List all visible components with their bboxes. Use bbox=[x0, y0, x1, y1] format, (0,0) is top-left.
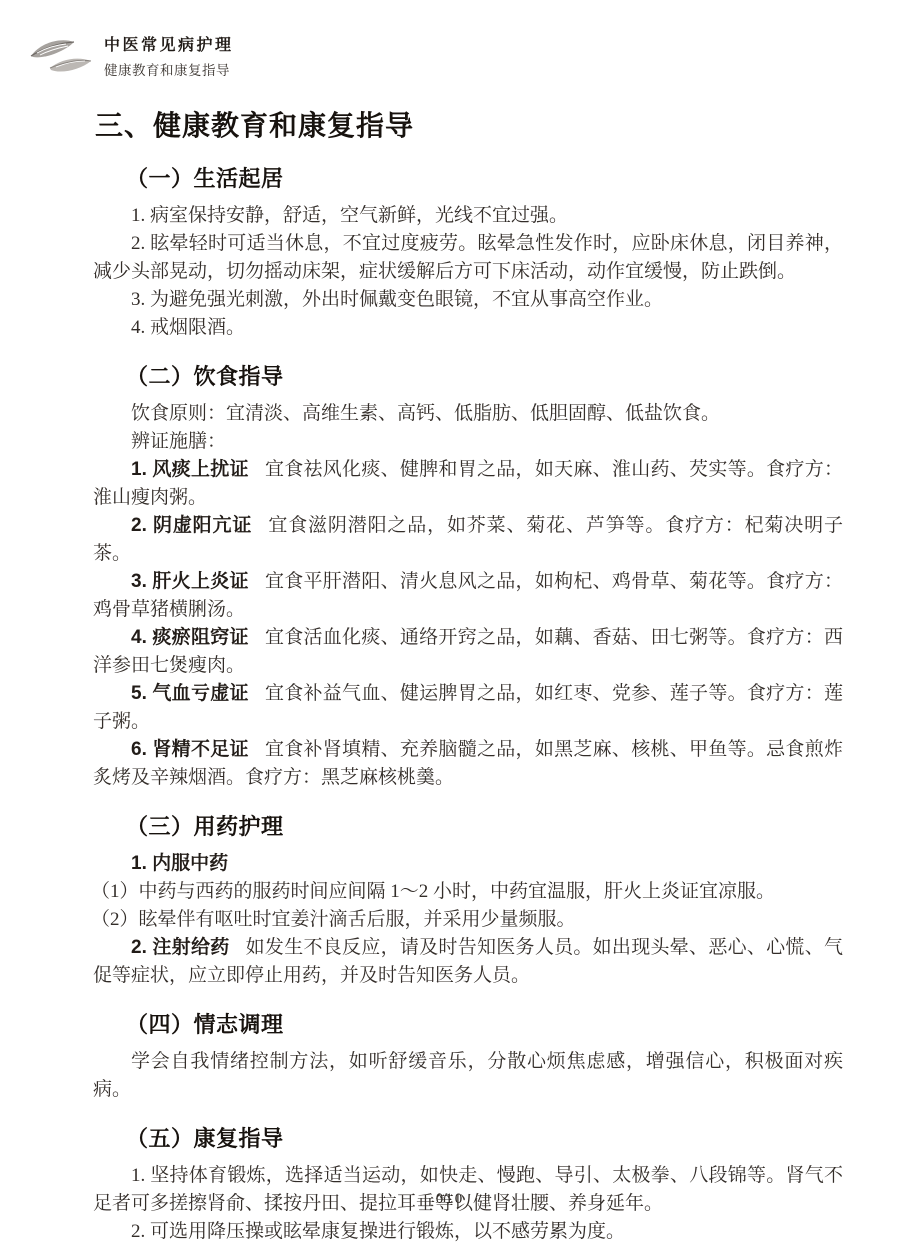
paragraph-text: 4. 戒烟限酒。 bbox=[131, 317, 245, 338]
leaf-logo-icon bbox=[28, 32, 98, 80]
page-content: 三、健康教育和康复指导 （一）生活起居 1. 病室保持安静，舒适，空气新鲜，光线… bbox=[93, 0, 843, 1245]
paragraph-lead: 2. 阴虚阳亢证 bbox=[131, 515, 268, 536]
paragraph: （1）中药与西药的服药时间应间隔 1～2 小时，中药宜温服，肝火上炎证宜凉服。 bbox=[91, 878, 843, 906]
paragraph: 3. 肝火上炎证宜食平肝潜阳、清火息风之品，如枸杞、鸡骨草、菊花等。食疗方：鸡骨… bbox=[93, 568, 843, 624]
paragraph-text: 2. 眩晕轻时可适当休息，不宜过度疲劳。眩晕急性发作时，应卧床休息，闭目养神，减… bbox=[93, 233, 843, 282]
paragraph: （2）眩晕伴有呕吐时宜姜汁滴舌后服，并采用少量频服。 bbox=[91, 906, 843, 934]
section-heading: （二）饮食指导 bbox=[126, 362, 843, 392]
paragraph-lead: 1. 内服中药 bbox=[131, 853, 244, 874]
page-footer: 010 bbox=[0, 1191, 900, 1208]
paragraph-text: 2. 可选用降压操或眩晕康复操进行锻炼，以不感劳累为度。 bbox=[131, 1221, 625, 1242]
paragraph-lead: 6. 肾精不足证 bbox=[131, 739, 265, 760]
paragraph: 3. 为避免强光刺激，外出时佩戴变色眼镜，不宜从事高空作业。 bbox=[93, 286, 843, 314]
section-diet-guidance: （二）饮食指导 饮食原则：宜清淡、高维生素、高钙、低脂肪、低胆固醇、低盐饮食。 … bbox=[93, 362, 843, 792]
paragraph-lead: 2. 注射给药 bbox=[131, 937, 246, 958]
section-heading: （四）情志调理 bbox=[126, 1010, 843, 1040]
paragraph-lead: 1. 风痰上扰证 bbox=[131, 459, 265, 480]
section-heading: （五）康复指导 bbox=[126, 1124, 843, 1154]
paragraph-lead: 5. 气血亏虚证 bbox=[131, 683, 265, 704]
paragraph-text: （2）眩晕伴有呕吐时宜姜汁滴舌后服，并采用少量频服。 bbox=[91, 909, 576, 930]
paragraph: 学会自我情绪控制方法，如听舒缓音乐，分散心烦焦虑感，增强信心，积极面对疾病。 bbox=[93, 1048, 843, 1104]
page-number: 010 bbox=[436, 1191, 465, 1207]
paragraph: 2. 注射给药如发生不良反应，请及时告知医务人员。如出现头晕、恶心、心慌、气促等… bbox=[93, 934, 843, 990]
paragraph-lead: 3. 肝火上炎证 bbox=[131, 571, 265, 592]
paragraph-text: 1. 病室保持安静，舒适，空气新鲜，光线不宜过强。 bbox=[131, 205, 568, 226]
section-life-rest: （一）生活起居 1. 病室保持安静，舒适，空气新鲜，光线不宜过强。 2. 眩晕轻… bbox=[93, 164, 843, 342]
paragraph-text: 学会自我情绪控制方法，如听舒缓音乐，分散心烦焦虑感，增强信心，积极面对疾病。 bbox=[93, 1051, 843, 1100]
section-heading: （三）用药护理 bbox=[126, 812, 843, 842]
paragraph-text: 辨证施膳： bbox=[131, 431, 226, 452]
paragraph: 1. 风痰上扰证宜食祛风化痰、健脾和胃之品，如天麻、淮山药、芡实等。食疗方：淮山… bbox=[93, 456, 843, 512]
paragraph: 辨证施膳： bbox=[93, 428, 843, 456]
section-heading: （一）生活起居 bbox=[126, 164, 843, 194]
paragraph-text: 3. 为避免强光刺激，外出时佩戴变色眼镜，不宜从事高空作业。 bbox=[131, 289, 663, 310]
paragraph: 饮食原则：宜清淡、高维生素、高钙、低脂肪、低胆固醇、低盐饮食。 bbox=[93, 400, 843, 428]
paragraph: 2. 阴虚阳亢证宜食滋阴潜阳之品，如芥菜、菊花、芦笋等。食疗方：杞菊决明子茶。 bbox=[93, 512, 843, 568]
section-medication-care: （三）用药护理 1. 内服中药 （1）中药与西药的服药时间应间隔 1～2 小时，… bbox=[93, 812, 843, 990]
chapter-title: 三、健康教育和康复指导 bbox=[95, 108, 843, 144]
section-emotion-regulation: （四）情志调理 学会自我情绪控制方法，如听舒缓音乐，分散心烦焦虑感，增强信心，积… bbox=[93, 1010, 843, 1104]
paragraph: 4. 痰瘀阻窍证宜食活血化痰、通络开窍之品，如藕、香菇、田七粥等。食疗方：西洋参… bbox=[93, 624, 843, 680]
section-rehab-guidance: （五）康复指导 1. 坚持体育锻炼，选择适当运动，如快走、慢跑、导引、太极拳、八… bbox=[93, 1124, 843, 1245]
document-page: 中医常见病护理 健康教育和康复指导 三、健康教育和康复指导 （一）生活起居 1.… bbox=[0, 0, 900, 1245]
paragraph: 4. 戒烟限酒。 bbox=[93, 314, 843, 342]
paragraph: 1. 病室保持安静，舒适，空气新鲜，光线不宜过强。 bbox=[93, 202, 843, 230]
paragraph: 1. 坚持体育锻炼，选择适当运动，如快走、慢跑、导引、太极拳、八段锦等。肾气不足… bbox=[93, 1162, 843, 1218]
paragraph: 2. 眩晕轻时可适当休息，不宜过度疲劳。眩晕急性发作时，应卧床休息，闭目养神，减… bbox=[93, 230, 843, 286]
paragraph-text: （1）中药与西药的服药时间应间隔 1～2 小时，中药宜温服，肝火上炎证宜凉服。 bbox=[91, 881, 775, 902]
paragraph: 2. 可选用降压操或眩晕康复操进行锻炼，以不感劳累为度。 bbox=[93, 1218, 843, 1245]
paragraph: 5. 气血亏虚证宜食补益气血、健运脾胃之品，如红枣、党参、莲子等。食疗方：莲子粥… bbox=[93, 680, 843, 736]
paragraph-text: 饮食原则：宜清淡、高维生素、高钙、低脂肪、低胆固醇、低盐饮食。 bbox=[131, 403, 720, 424]
paragraph: 1. 内服中药 bbox=[93, 850, 843, 878]
paragraph-lead: 4. 痰瘀阻窍证 bbox=[131, 627, 265, 648]
paragraph: 6. 肾精不足证宜食补肾填精、充养脑髓之品，如黑芝麻、核桃、甲鱼等。忌食煎炸炙烤… bbox=[93, 736, 843, 792]
